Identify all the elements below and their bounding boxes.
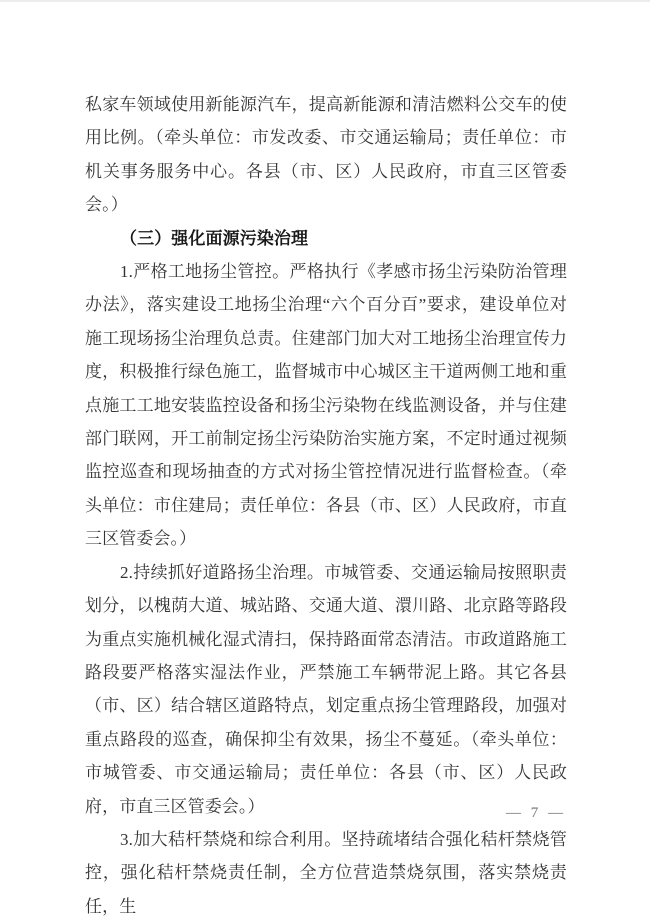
paragraph-continuation: 私家车领域使用新能源汽车，提高新能源和清洁燃料公交车的使用比例。（牵头单位：市发… (85, 88, 567, 222)
paragraph-item-1: 1.严格工地扬尘管控。严格执行《孝感市扬尘污染防治管理办法》，落实建设工地扬尘治… (85, 255, 567, 556)
page-number: — 7 — (506, 801, 566, 825)
section-heading: （三）强化面源污染治理 (85, 222, 567, 255)
scan-edge-line (0, 0, 650, 2)
paragraph-item-2: 2.持续抓好道路扬尘治理。市城管委、交通运输局按照职责划分，以槐荫大道、城站路、… (85, 556, 567, 823)
paragraph-item-3: 3.加大秸杆禁烧和综合利用。坚持疏堵结合强化秸杆禁烧管控，强化秸杆禁烧责任制，全… (85, 823, 567, 919)
document-body: 私家车领域使用新能源汽车，提高新能源和清洁燃料公交车的使用比例。（牵头单位：市发… (85, 88, 567, 919)
